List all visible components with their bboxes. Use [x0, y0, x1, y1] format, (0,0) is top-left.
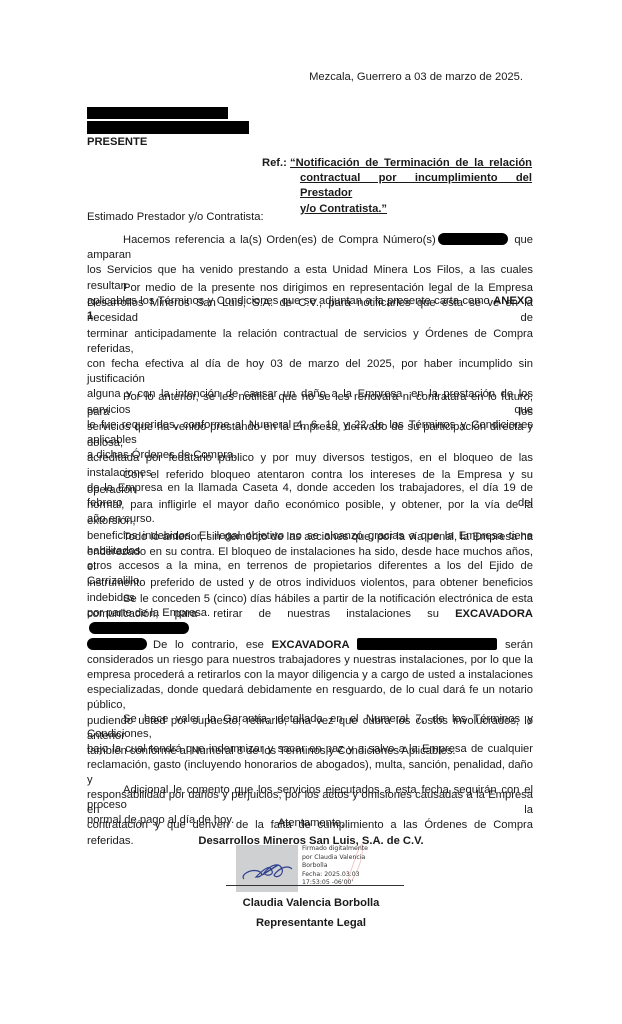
signature-info-line: por Claudia Valencia: [302, 854, 368, 863]
presente-label: PRESENTE: [87, 135, 147, 150]
signature-line: [226, 885, 404, 886]
equipment-label: EXCAVADORA: [272, 639, 350, 651]
text-line: terminar anticipadamente la relación con…: [87, 327, 533, 357]
digital-signature-info: Firmado digitalmente por Claudia Valenci…: [302, 845, 368, 888]
redacted-recipient-company: [87, 121, 249, 134]
reference-line: y/o Contratista.”: [294, 202, 532, 217]
text-line: servicios que ha venido prestando en la …: [87, 420, 533, 450]
reference-subject: “Notificación de Terminación de la relac…: [294, 156, 532, 217]
redacted-equipment-id: [357, 638, 497, 650]
letter-page: Mezcala, Guerrero a 03 de marzo de 2025.…: [0, 0, 622, 1024]
reference-line: “Notificación de Terminación de la relac…: [290, 156, 532, 171]
text-line: especializadas, donde quedará debidament…: [87, 683, 533, 713]
text-line: considerados un riesgo para nuestros tra…: [87, 653, 533, 668]
redacted-equipment-id: [87, 638, 147, 650]
text-line: Desarrollos Mineros San Luis, S.A. de C.…: [87, 296, 533, 326]
text: Adicional le comento que los servicios e…: [87, 784, 533, 811]
text: Hacemos referencia a la(s) Orden(es) de …: [123, 234, 436, 246]
valediction: Atentamente,: [0, 816, 622, 831]
equipment-label: EXCAVADORA: [455, 608, 533, 620]
redacted-recipient-name: [87, 107, 228, 119]
text: Por medio de la presente nos dirigimos e…: [123, 282, 533, 294]
text: Se hace valer la Garantía, detallada en …: [87, 713, 533, 740]
salutation: Estimado Prestador y/o Contratista:: [87, 210, 264, 225]
signature-info-line: 17:53:05 -06'00': [302, 879, 368, 888]
text: Con el referido bloqueo atentaron contra…: [87, 469, 533, 496]
redacted-order-number: [438, 233, 508, 245]
text-line: bajo la cual tendrá que indemnizar y sac…: [87, 742, 533, 757]
redacted-equipment-id: [89, 622, 189, 634]
text: De lo contrario, ese: [153, 639, 264, 651]
signature-info-line: Firmado digitalmente: [302, 845, 368, 854]
signer-title: Representante Legal: [0, 916, 622, 931]
text-line: con fecha efectiva al día de hoy 03 de m…: [87, 357, 533, 387]
reference-line: contractual por incumplimiento del Prest…: [294, 171, 532, 201]
place-date: Mezcala, Guerrero a 03 de marzo de 2025.: [300, 70, 523, 85]
text: Por lo anterior, se les notifica que no …: [87, 391, 533, 418]
text-line: enderezado en su contra. El bloqueo de i…: [87, 545, 533, 575]
text-line: normal, para infligirle el mayor daño ec…: [87, 498, 533, 528]
signature-info-line: Fecha: 2025.03.03: [302, 871, 368, 880]
reference-label: Ref.:: [262, 156, 287, 171]
text: Todo lo anterior, sin demérito de las ac…: [123, 531, 533, 543]
signature-info-line: Borbolla: [302, 862, 368, 871]
text: Se le conceden 5 (cinco) días hábiles a …: [123, 593, 533, 605]
signer-name: Claudia Valencia Borbolla: [0, 896, 622, 911]
text-line: empresa procederá a retirarlos con la ma…: [87, 668, 533, 683]
text: serán: [505, 639, 533, 651]
text: comunicación, para retirar de nuestras i…: [87, 608, 439, 620]
